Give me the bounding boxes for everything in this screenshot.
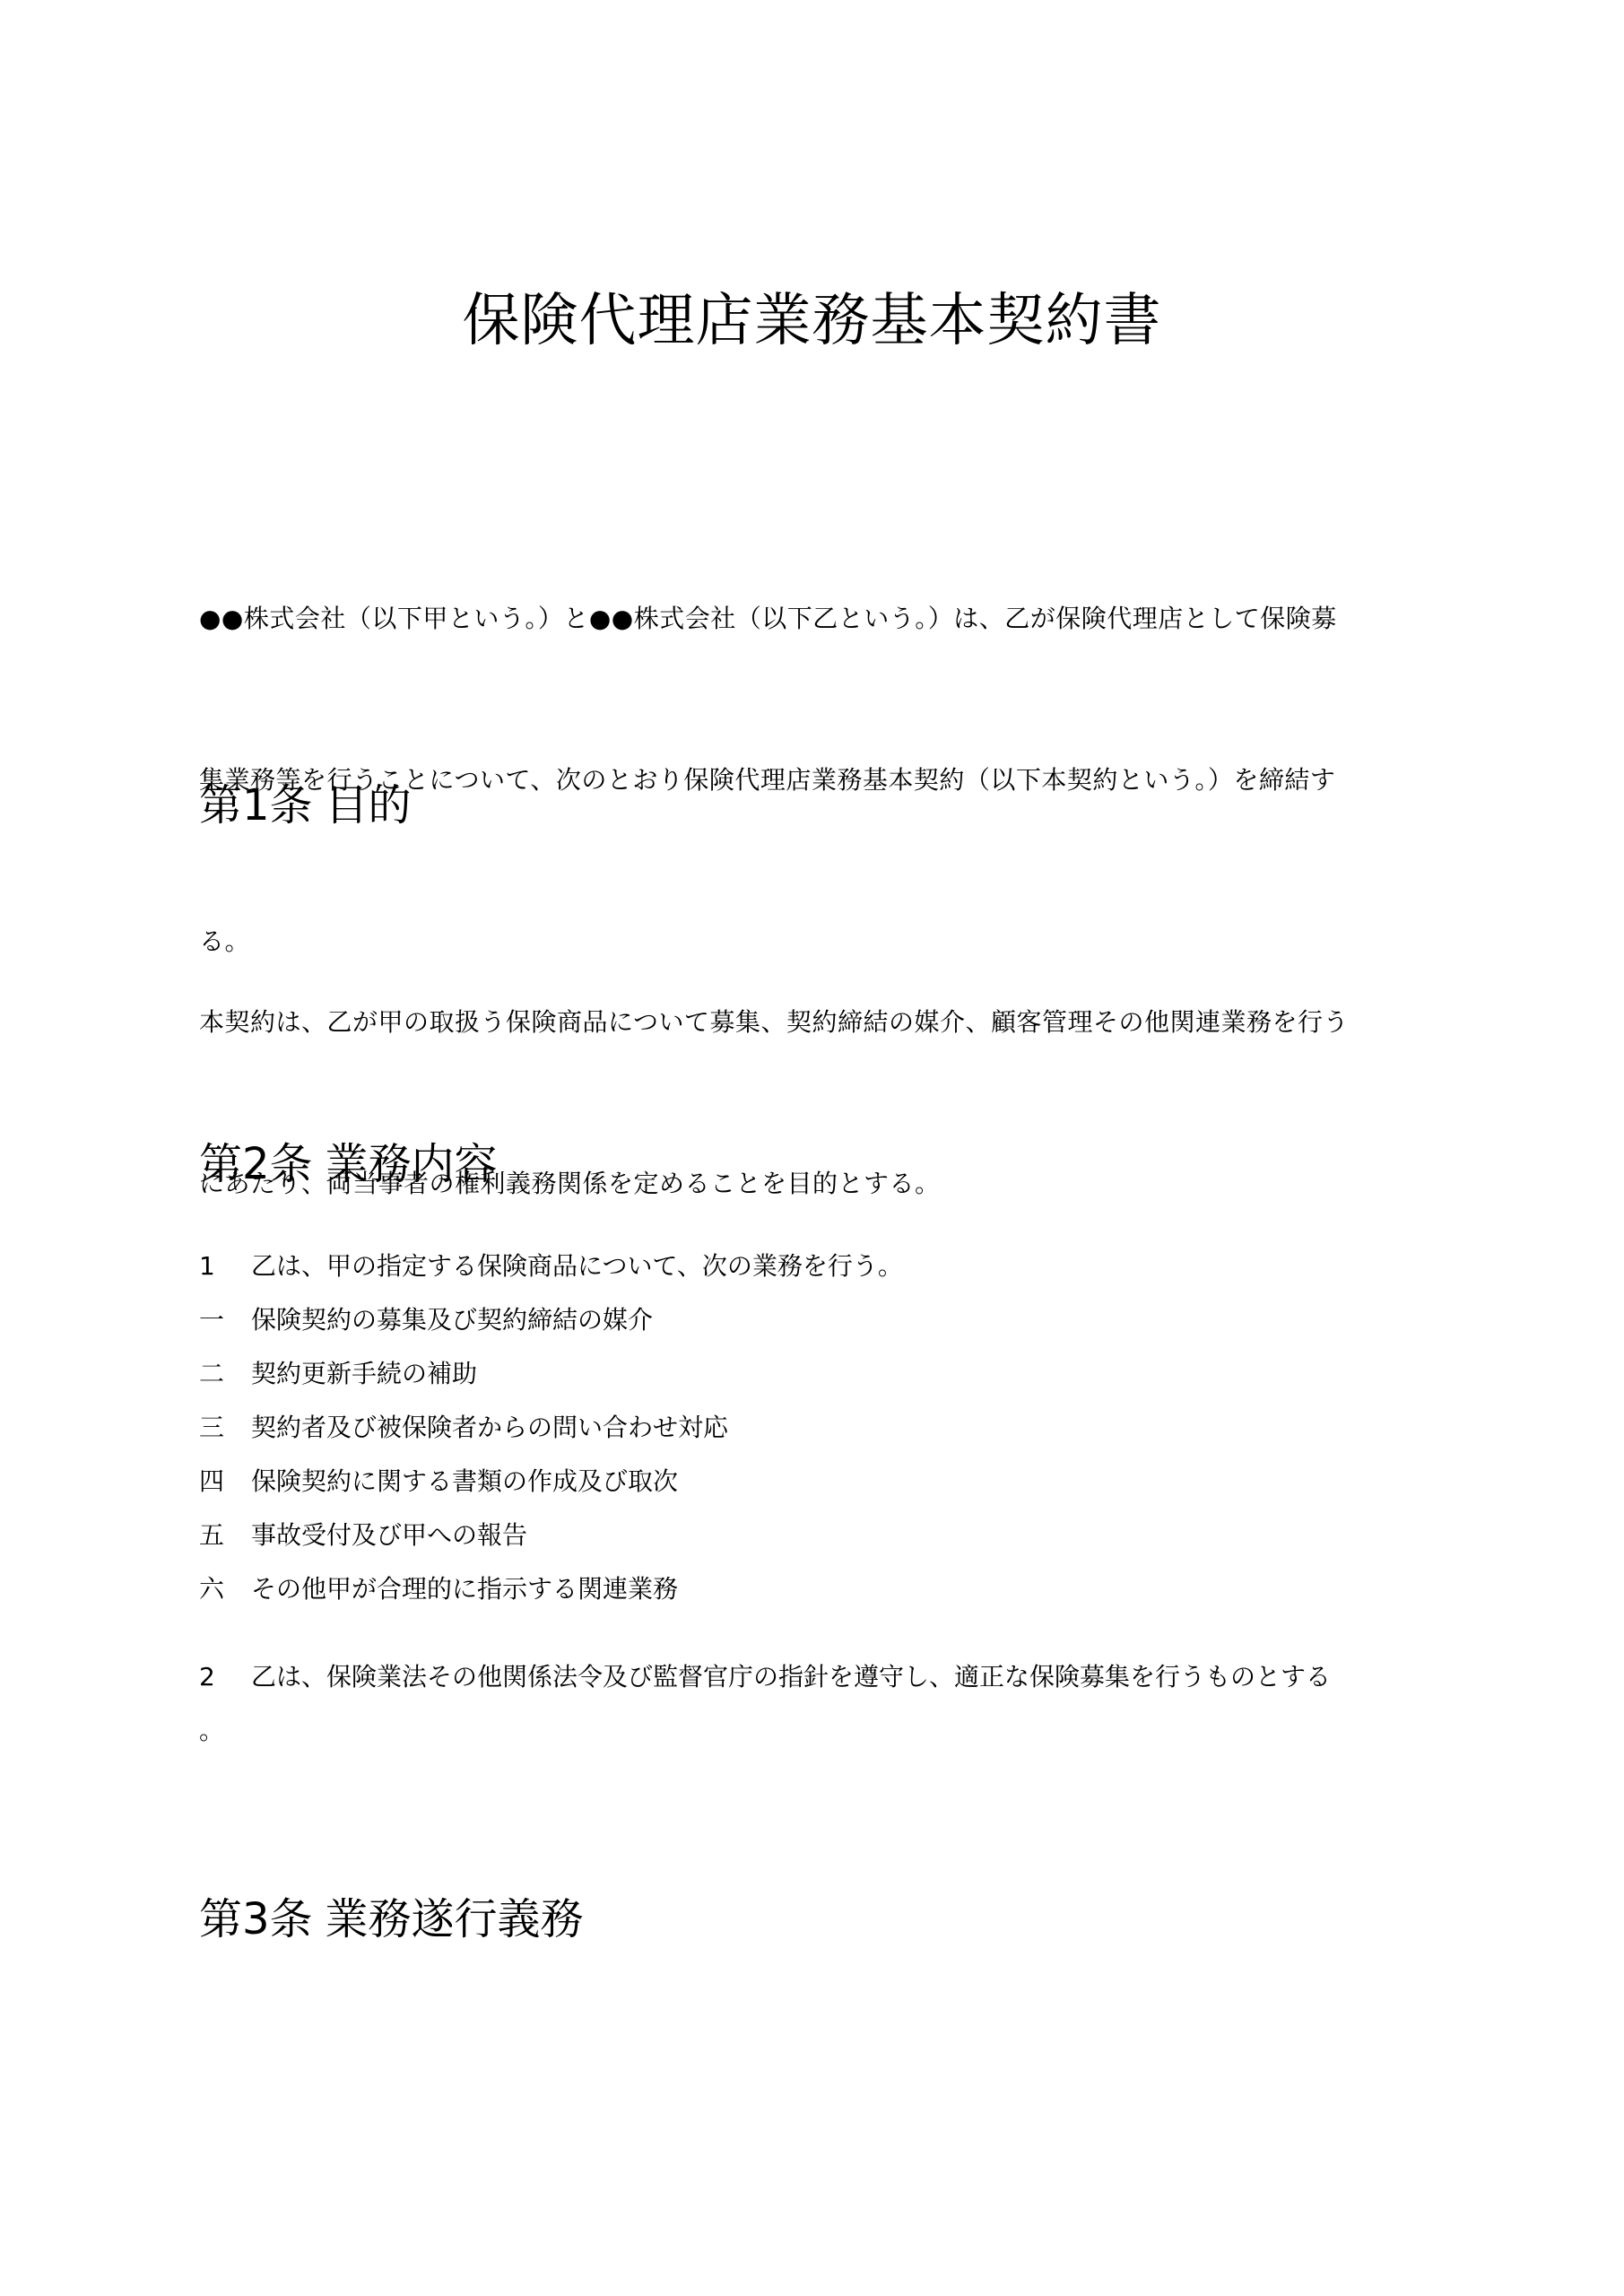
list-item: 六その他甲が合理的に指示する関連業務 bbox=[199, 1571, 678, 1607]
item-marker: 五 bbox=[199, 1518, 251, 1553]
clause-text: 乙は、甲の指定する保険商品について、次の業務を行う。 bbox=[251, 1251, 903, 1281]
article-3-heading: 第3条業務遂行義務 bbox=[199, 1892, 584, 1946]
list-item: 一保険契約の募集及び契約締結の媒介 bbox=[199, 1302, 653, 1338]
preamble-line: ●●株式会社（以下甲という。）と●●株式会社（以下乙という。）は、乙が保険代理店… bbox=[199, 592, 1437, 646]
article-2-clause-2-continuation: 。 bbox=[199, 1713, 224, 1749]
item-marker: 二 bbox=[199, 1356, 251, 1392]
document-title: 保険代理店業務基本契約書 bbox=[0, 285, 1624, 357]
article-2-clause-1: 1乙は、甲の指定する保険商品について、次の業務を行う。 bbox=[199, 1248, 903, 1284]
clause-marker: 2 bbox=[199, 1659, 251, 1695]
article-number: 第2条 bbox=[199, 1139, 313, 1189]
article-title: 目的 bbox=[326, 780, 412, 831]
item-text: 契約更新手続の補助 bbox=[251, 1359, 477, 1388]
item-text: 事故受付及び甲への報告 bbox=[251, 1520, 527, 1550]
item-text: 契約者及び被保険者からの問い合わせ対応 bbox=[251, 1413, 728, 1442]
list-item: 三契約者及び被保険者からの問い合わせ対応 bbox=[199, 1410, 728, 1446]
item-text: その他甲が合理的に指示する関連業務 bbox=[251, 1574, 678, 1604]
clause-text: 乙は、保険業法その他関係法令及び監督官庁の指針を遵守し、適正な保険募集を行うもの… bbox=[251, 1662, 1331, 1692]
document-page: 保険代理店業務基本契約書 ●●株式会社（以下甲という。）と●●株式会社（以下乙と… bbox=[0, 0, 1624, 2296]
article-number: 第1条 bbox=[199, 780, 313, 831]
item-text: 保険契約に関する書類の作成及び取次 bbox=[251, 1466, 678, 1496]
article-number: 第3条 bbox=[199, 1894, 313, 1944]
paragraph-line: 本契約は、乙が甲の取扱う保険商品について募集、契約締結の媒介、顧客管理その他関連… bbox=[199, 996, 1437, 1049]
item-marker: 一 bbox=[199, 1302, 251, 1338]
article-title: 業務遂行義務 bbox=[326, 1894, 584, 1944]
clause-continuation: 。 bbox=[199, 1716, 224, 1745]
article-1-heading: 第1条目的 bbox=[199, 778, 412, 832]
item-marker: 三 bbox=[199, 1410, 251, 1446]
list-item: 五事故受付及び甲への報告 bbox=[199, 1518, 527, 1553]
article-2-heading: 第2条業務内容 bbox=[199, 1137, 498, 1191]
item-marker: 四 bbox=[199, 1464, 251, 1500]
clause-marker: 1 bbox=[199, 1248, 251, 1284]
item-text: 保険契約の募集及び契約締結の媒介 bbox=[251, 1305, 653, 1335]
list-item: 四保険契約に関する書類の作成及び取次 bbox=[199, 1464, 678, 1500]
article-2-clause-2: 2乙は、保険業法その他関係法令及び監督官庁の指針を遵守し、適正な保険募集を行うも… bbox=[199, 1659, 1331, 1695]
list-item: 二契約更新手続の補助 bbox=[199, 1356, 477, 1392]
item-marker: 六 bbox=[199, 1571, 251, 1607]
article-title: 業務内容 bbox=[326, 1139, 498, 1189]
